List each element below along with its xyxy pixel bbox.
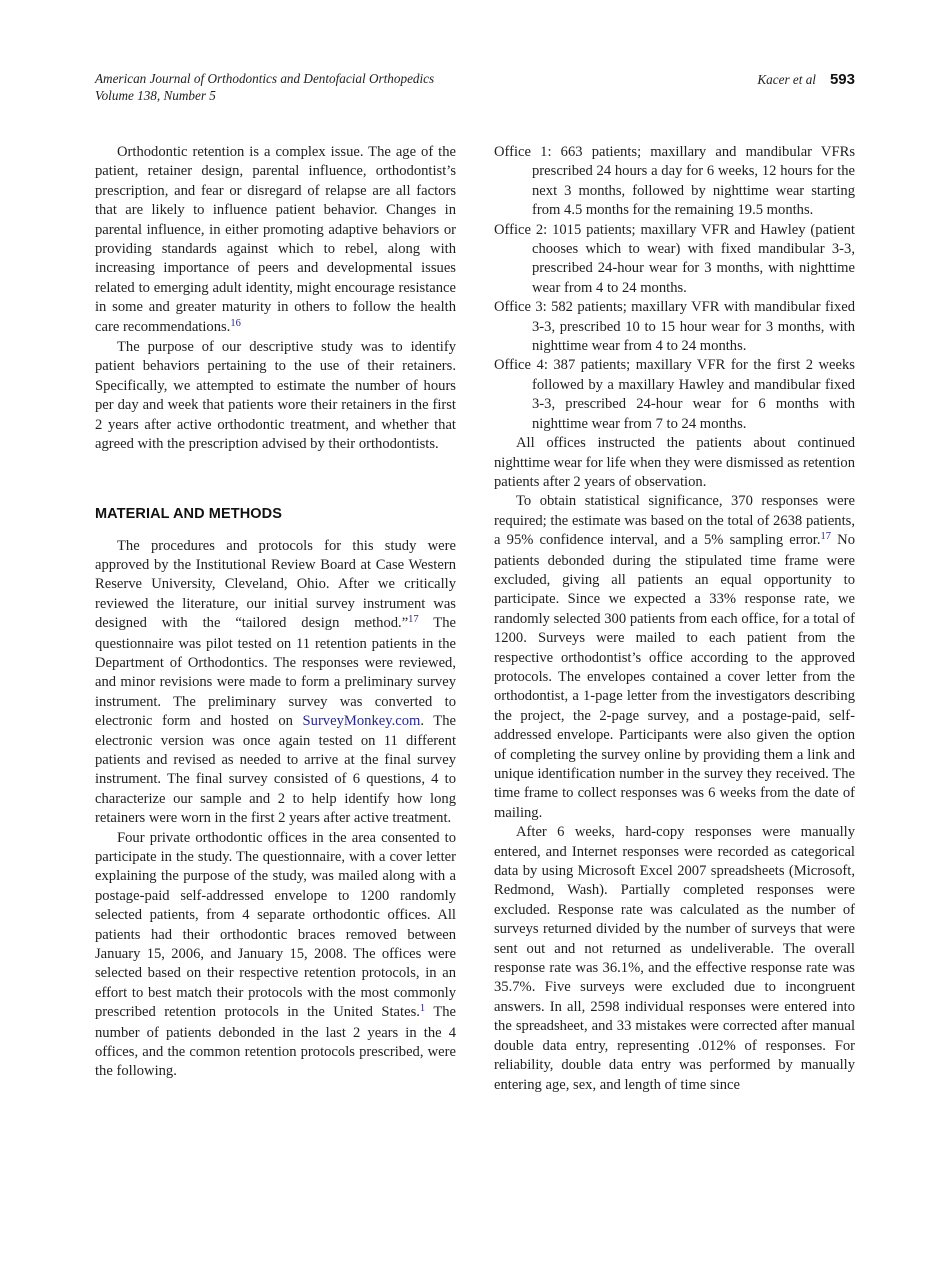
office-protocol-item: Office 1: 663 patients; maxillary and ma… bbox=[494, 143, 855, 221]
two-column-body: Orthodontic retention is a complex issue… bbox=[95, 143, 855, 1095]
text-run: The procedures and protocols for this st… bbox=[95, 538, 456, 632]
office-protocol-item: Office 2: 1015 patients; maxillary VFR a… bbox=[494, 221, 855, 299]
paragraph: Orthodontic retention is a complex issue… bbox=[95, 143, 456, 338]
reference-citation-link[interactable]: 17 bbox=[408, 614, 419, 625]
journal-volume: Volume 138, Number 5 bbox=[95, 88, 434, 105]
paragraph: After 6 weeks, hard-copy responses were … bbox=[494, 823, 855, 1095]
text-run: No patients debonded during the stipu­la… bbox=[494, 532, 855, 821]
text-run: After 6 weeks, hard-copy responses were … bbox=[494, 824, 855, 1092]
text-run: . The electronic version was once again … bbox=[95, 713, 456, 826]
text-run: Office 3: 582 patients; maxillary VFR wi… bbox=[494, 299, 855, 354]
text-run: To obtain statistical significance, 370 … bbox=[494, 493, 855, 548]
paragraph: The purpose of our descriptive study was… bbox=[95, 338, 456, 454]
text-run: Office 2: 1015 patients; maxillary VFR a… bbox=[494, 222, 855, 296]
section-heading: MATERIAL AND METHODS bbox=[95, 506, 456, 522]
left-column: Orthodontic retention is a complex issue… bbox=[95, 143, 456, 1095]
office-protocol-item: Office 3: 582 patients; maxillary VFR wi… bbox=[494, 298, 855, 356]
header-right: Kacer et al 593 bbox=[757, 71, 855, 88]
paragraph: All offices instructed the patients abou… bbox=[494, 434, 855, 492]
reference-citation-link[interactable]: 16 bbox=[230, 318, 241, 329]
running-authors: Kacer et al bbox=[757, 72, 816, 88]
text-run: Orthodontic retention is a complex issue… bbox=[95, 144, 456, 335]
text-run: All offices instructed the patients abou… bbox=[494, 435, 855, 490]
office-protocol-item: Office 4: 387 patients; maxillary VFR fo… bbox=[494, 356, 855, 434]
text-run: Office 4: 387 patients; maxillary VFR fo… bbox=[494, 357, 855, 431]
page-header: American Journal of Orthodontics and Den… bbox=[95, 71, 855, 105]
surveymonkey-link[interactable]: SurveyMonkey.com bbox=[303, 713, 421, 729]
journal-info: American Journal of Orthodontics and Den… bbox=[95, 71, 434, 105]
page-number: 593 bbox=[830, 71, 855, 88]
reference-citation-link[interactable]: 1 bbox=[420, 1003, 425, 1014]
text-run: Four private orthodontic offices in the … bbox=[95, 830, 456, 1021]
right-column: Office 1: 663 patients; maxillary and ma… bbox=[494, 143, 855, 1095]
reference-citation-link[interactable]: 17 bbox=[820, 531, 831, 542]
paragraph: To obtain statistical significance, 370 … bbox=[494, 492, 855, 823]
journal-title: American Journal of Orthodontics and Den… bbox=[95, 71, 434, 88]
paragraph: The procedures and protocols for this st… bbox=[95, 537, 456, 829]
text-run: The purpose of our descriptive study was… bbox=[95, 339, 456, 452]
paragraph: Four private orthodontic offices in the … bbox=[95, 829, 456, 1082]
journal-page: American Journal of Orthodontics and Den… bbox=[0, 0, 950, 1272]
text-run: Office 1: 663 patients; maxillary and ma… bbox=[494, 144, 855, 218]
